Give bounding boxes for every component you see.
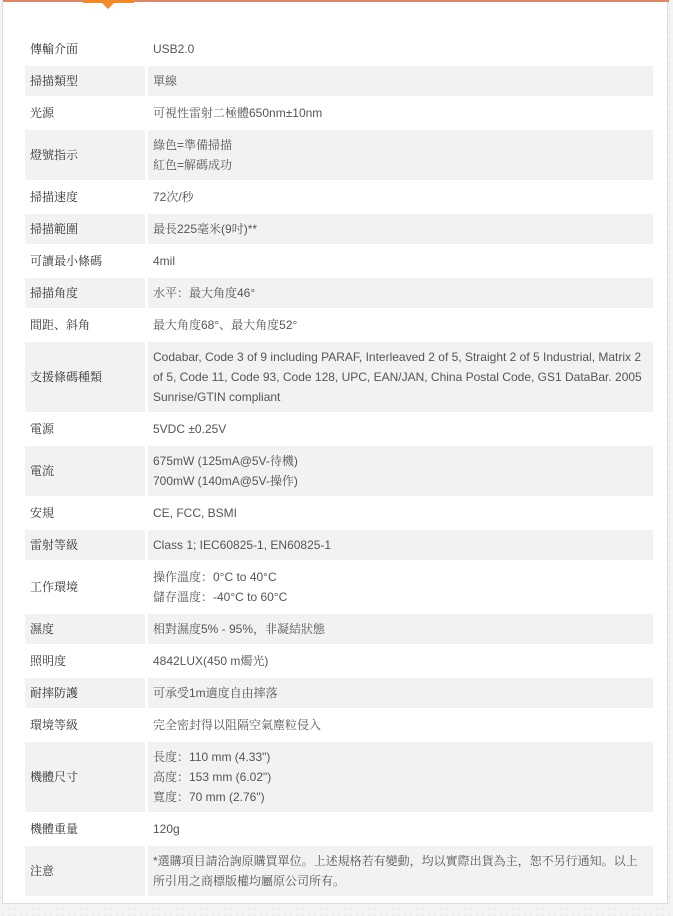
spec-label: 工作環境 bbox=[25, 562, 145, 612]
spec-value: 72次/秒 bbox=[145, 182, 653, 212]
spec-value-line: 紅色=解碼成功 bbox=[153, 155, 648, 175]
spec-value: 相對濕度5% - 95%，非凝結狀態 bbox=[145, 614, 653, 644]
spec-value: Codabar, Code 3 of 9 including PARAF, In… bbox=[145, 342, 653, 412]
spec-label: 環境等級 bbox=[25, 710, 145, 740]
spec-value: 5VDC ±0.25V bbox=[145, 414, 653, 444]
spec-label: 間距、斜角 bbox=[25, 310, 145, 340]
spec-value: 4842LUX(450 m燭光) bbox=[145, 646, 653, 676]
spec-value: 單線 bbox=[145, 66, 653, 96]
spec-value-line: 綠色=準備掃描 bbox=[153, 135, 648, 155]
spec-value-line: 120g bbox=[153, 819, 648, 839]
spec-value: CE, FCC, BSMI bbox=[145, 498, 653, 528]
spec-value: 長度：110 mm (4.33")高度：153 mm (6.02")寬度：70 … bbox=[145, 742, 653, 812]
spec-value-line: 最大角度68°、最大角度52° bbox=[153, 315, 648, 335]
spec-row: 傳輸介面USB2.0 bbox=[25, 34, 653, 64]
spec-value-line: USB2.0 bbox=[153, 39, 648, 59]
spec-value-line: 可承受1m適度自由摔落 bbox=[153, 683, 648, 703]
spec-value-line: 5VDC ±0.25V bbox=[153, 419, 648, 439]
spec-row: 掃描範圍最長225毫米(9吋)** bbox=[25, 214, 653, 244]
spec-row: 掃描類型單線 bbox=[25, 66, 653, 96]
spec-value: 最長225毫米(9吋)** bbox=[145, 214, 653, 244]
spec-row: 燈號指示綠色=準備掃描紅色=解碼成功 bbox=[25, 130, 653, 180]
spec-row: 機體尺寸長度：110 mm (4.33")高度：153 mm (6.02")寬度… bbox=[25, 742, 653, 812]
spec-value-line: 操作溫度：0°C to 40°C bbox=[153, 567, 648, 587]
spec-value: *選購項目請洽詢原購買單位。上述規格若有變動，均以實際出貨為主，恕不另行通知。以… bbox=[145, 846, 653, 896]
spec-value: 綠色=準備掃描紅色=解碼成功 bbox=[145, 130, 653, 180]
spec-value-line: 72次/秒 bbox=[153, 187, 648, 207]
spec-value: 最大角度68°、最大角度52° bbox=[145, 310, 653, 340]
spec-value-line: Codabar, Code 3 of 9 including PARAF, In… bbox=[153, 347, 648, 407]
spec-value-line: 完全密封得以阻隔空氣塵粒侵入 bbox=[153, 715, 648, 735]
spec-value-line: 高度：153 mm (6.02") bbox=[153, 767, 648, 787]
spec-value: 可承受1m適度自由摔落 bbox=[145, 678, 653, 708]
spec-row: 工作環境操作溫度：0°C to 40°C儲存溫度：-40°C to 60°C bbox=[25, 562, 653, 612]
spec-value-line: Class 1; IEC60825-1, EN60825-1 bbox=[153, 535, 648, 555]
spec-row: 間距、斜角最大角度68°、最大角度52° bbox=[25, 310, 653, 340]
spec-table: 傳輸介面USB2.0 掃描類型單線 光源可視性雷射二極體650nm±10nm 燈… bbox=[25, 32, 653, 898]
spec-row: 掃描角度水平：最大角度46° bbox=[25, 278, 653, 308]
spec-value: 120g bbox=[145, 814, 653, 844]
spec-label: 濕度 bbox=[25, 614, 145, 644]
spec-value-line: 單線 bbox=[153, 71, 648, 91]
spec-value-line: 可視性雷射二極體650nm±10nm bbox=[153, 103, 648, 123]
spec-value-line: 長度：110 mm (4.33") bbox=[153, 747, 648, 767]
spec-value-line: *選購項目請洽詢原購買單位。上述規格若有變動，均以實際出貨為主，恕不另行通知。以… bbox=[153, 851, 648, 891]
spec-label: 機體重量 bbox=[25, 814, 145, 844]
spec-label: 雷射等級 bbox=[25, 530, 145, 560]
spec-value-line: 4mil bbox=[153, 251, 648, 271]
spec-label: 掃描角度 bbox=[25, 278, 145, 308]
spec-row: 機體重量120g bbox=[25, 814, 653, 844]
spec-label: 可讀最小條碼 bbox=[25, 246, 145, 276]
spec-label: 燈號指示 bbox=[25, 130, 145, 180]
spec-row: 照明度4842LUX(450 m燭光) bbox=[25, 646, 653, 676]
spec-value: Class 1; IEC60825-1, EN60825-1 bbox=[145, 530, 653, 560]
spec-value-line: 4842LUX(450 m燭光) bbox=[153, 651, 648, 671]
spec-row: 環境等級完全密封得以阻隔空氣塵粒侵入 bbox=[25, 710, 653, 740]
spec-value-line: 700mW (140mA@5V-操作) bbox=[153, 471, 648, 491]
spec-value-line: 寬度：70 mm (2.76") bbox=[153, 787, 648, 807]
spec-label: 電流 bbox=[25, 446, 145, 496]
spec-label: 傳輸介面 bbox=[25, 34, 145, 64]
spec-row: 注意*選購項目請洽詢原購買單位。上述規格若有變動，均以實際出貨為主，恕不另行通知… bbox=[25, 846, 653, 896]
spec-row: 安規CE, FCC, BSMI bbox=[25, 498, 653, 528]
spec-row: 光源可視性雷射二極體650nm±10nm bbox=[25, 98, 653, 128]
spec-value-line: 最長225毫米(9吋)** bbox=[153, 219, 648, 239]
spec-label: 機體尺寸 bbox=[25, 742, 145, 812]
spec-row: 掃描速度72次/秒 bbox=[25, 182, 653, 212]
spec-value: 操作溫度：0°C to 40°C儲存溫度：-40°C to 60°C bbox=[145, 562, 653, 612]
spec-label: 支援條碼種類 bbox=[25, 342, 145, 412]
spec-value-line: 675mW (125mA@5V-待機) bbox=[153, 451, 648, 471]
spec-label: 掃描範圍 bbox=[25, 214, 145, 244]
spec-row: 可讀最小條碼4mil bbox=[25, 246, 653, 276]
spec-row: 電流675mW (125mA@5V-待機)700mW (140mA@5V-操作) bbox=[25, 446, 653, 496]
spec-row: 雷射等級Class 1; IEC60825-1, EN60825-1 bbox=[25, 530, 653, 560]
spec-value: USB2.0 bbox=[145, 34, 653, 64]
spec-value: 4mil bbox=[145, 246, 653, 276]
spec-panel: 傳輸介面USB2.0 掃描類型單線 光源可視性雷射二極體650nm±10nm 燈… bbox=[2, 0, 668, 904]
spec-row: 濕度相對濕度5% - 95%，非凝結狀態 bbox=[25, 614, 653, 644]
spec-value-line: 儲存溫度：-40°C to 60°C bbox=[153, 587, 648, 607]
spec-row: 支援條碼種類Codabar, Code 3 of 9 including PAR… bbox=[25, 342, 653, 412]
spec-row: 耐摔防護可承受1m適度自由摔落 bbox=[25, 678, 653, 708]
spec-value-line: 相對濕度5% - 95%，非凝結狀態 bbox=[153, 619, 648, 639]
spec-row: 電源5VDC ±0.25V bbox=[25, 414, 653, 444]
spec-label: 耐摔防護 bbox=[25, 678, 145, 708]
spec-value: 水平：最大角度46° bbox=[145, 278, 653, 308]
spec-value: 可視性雷射二極體650nm±10nm bbox=[145, 98, 653, 128]
spec-value-line: 水平：最大角度46° bbox=[153, 283, 648, 303]
tab-pointer-arrow-icon bbox=[102, 3, 114, 9]
spec-label: 注意 bbox=[25, 846, 145, 896]
spec-label: 安規 bbox=[25, 498, 145, 528]
spec-label: 電源 bbox=[25, 414, 145, 444]
spec-value: 完全密封得以阻隔空氣塵粒侵入 bbox=[145, 710, 653, 740]
spec-label: 掃描速度 bbox=[25, 182, 145, 212]
spec-label: 照明度 bbox=[25, 646, 145, 676]
spec-value-line: CE, FCC, BSMI bbox=[153, 503, 648, 523]
spec-label: 光源 bbox=[25, 98, 145, 128]
spec-table-body: 傳輸介面USB2.0 掃描類型單線 光源可視性雷射二極體650nm±10nm 燈… bbox=[25, 34, 653, 896]
spec-value: 675mW (125mA@5V-待機)700mW (140mA@5V-操作) bbox=[145, 446, 653, 496]
spec-label: 掃描類型 bbox=[25, 66, 145, 96]
